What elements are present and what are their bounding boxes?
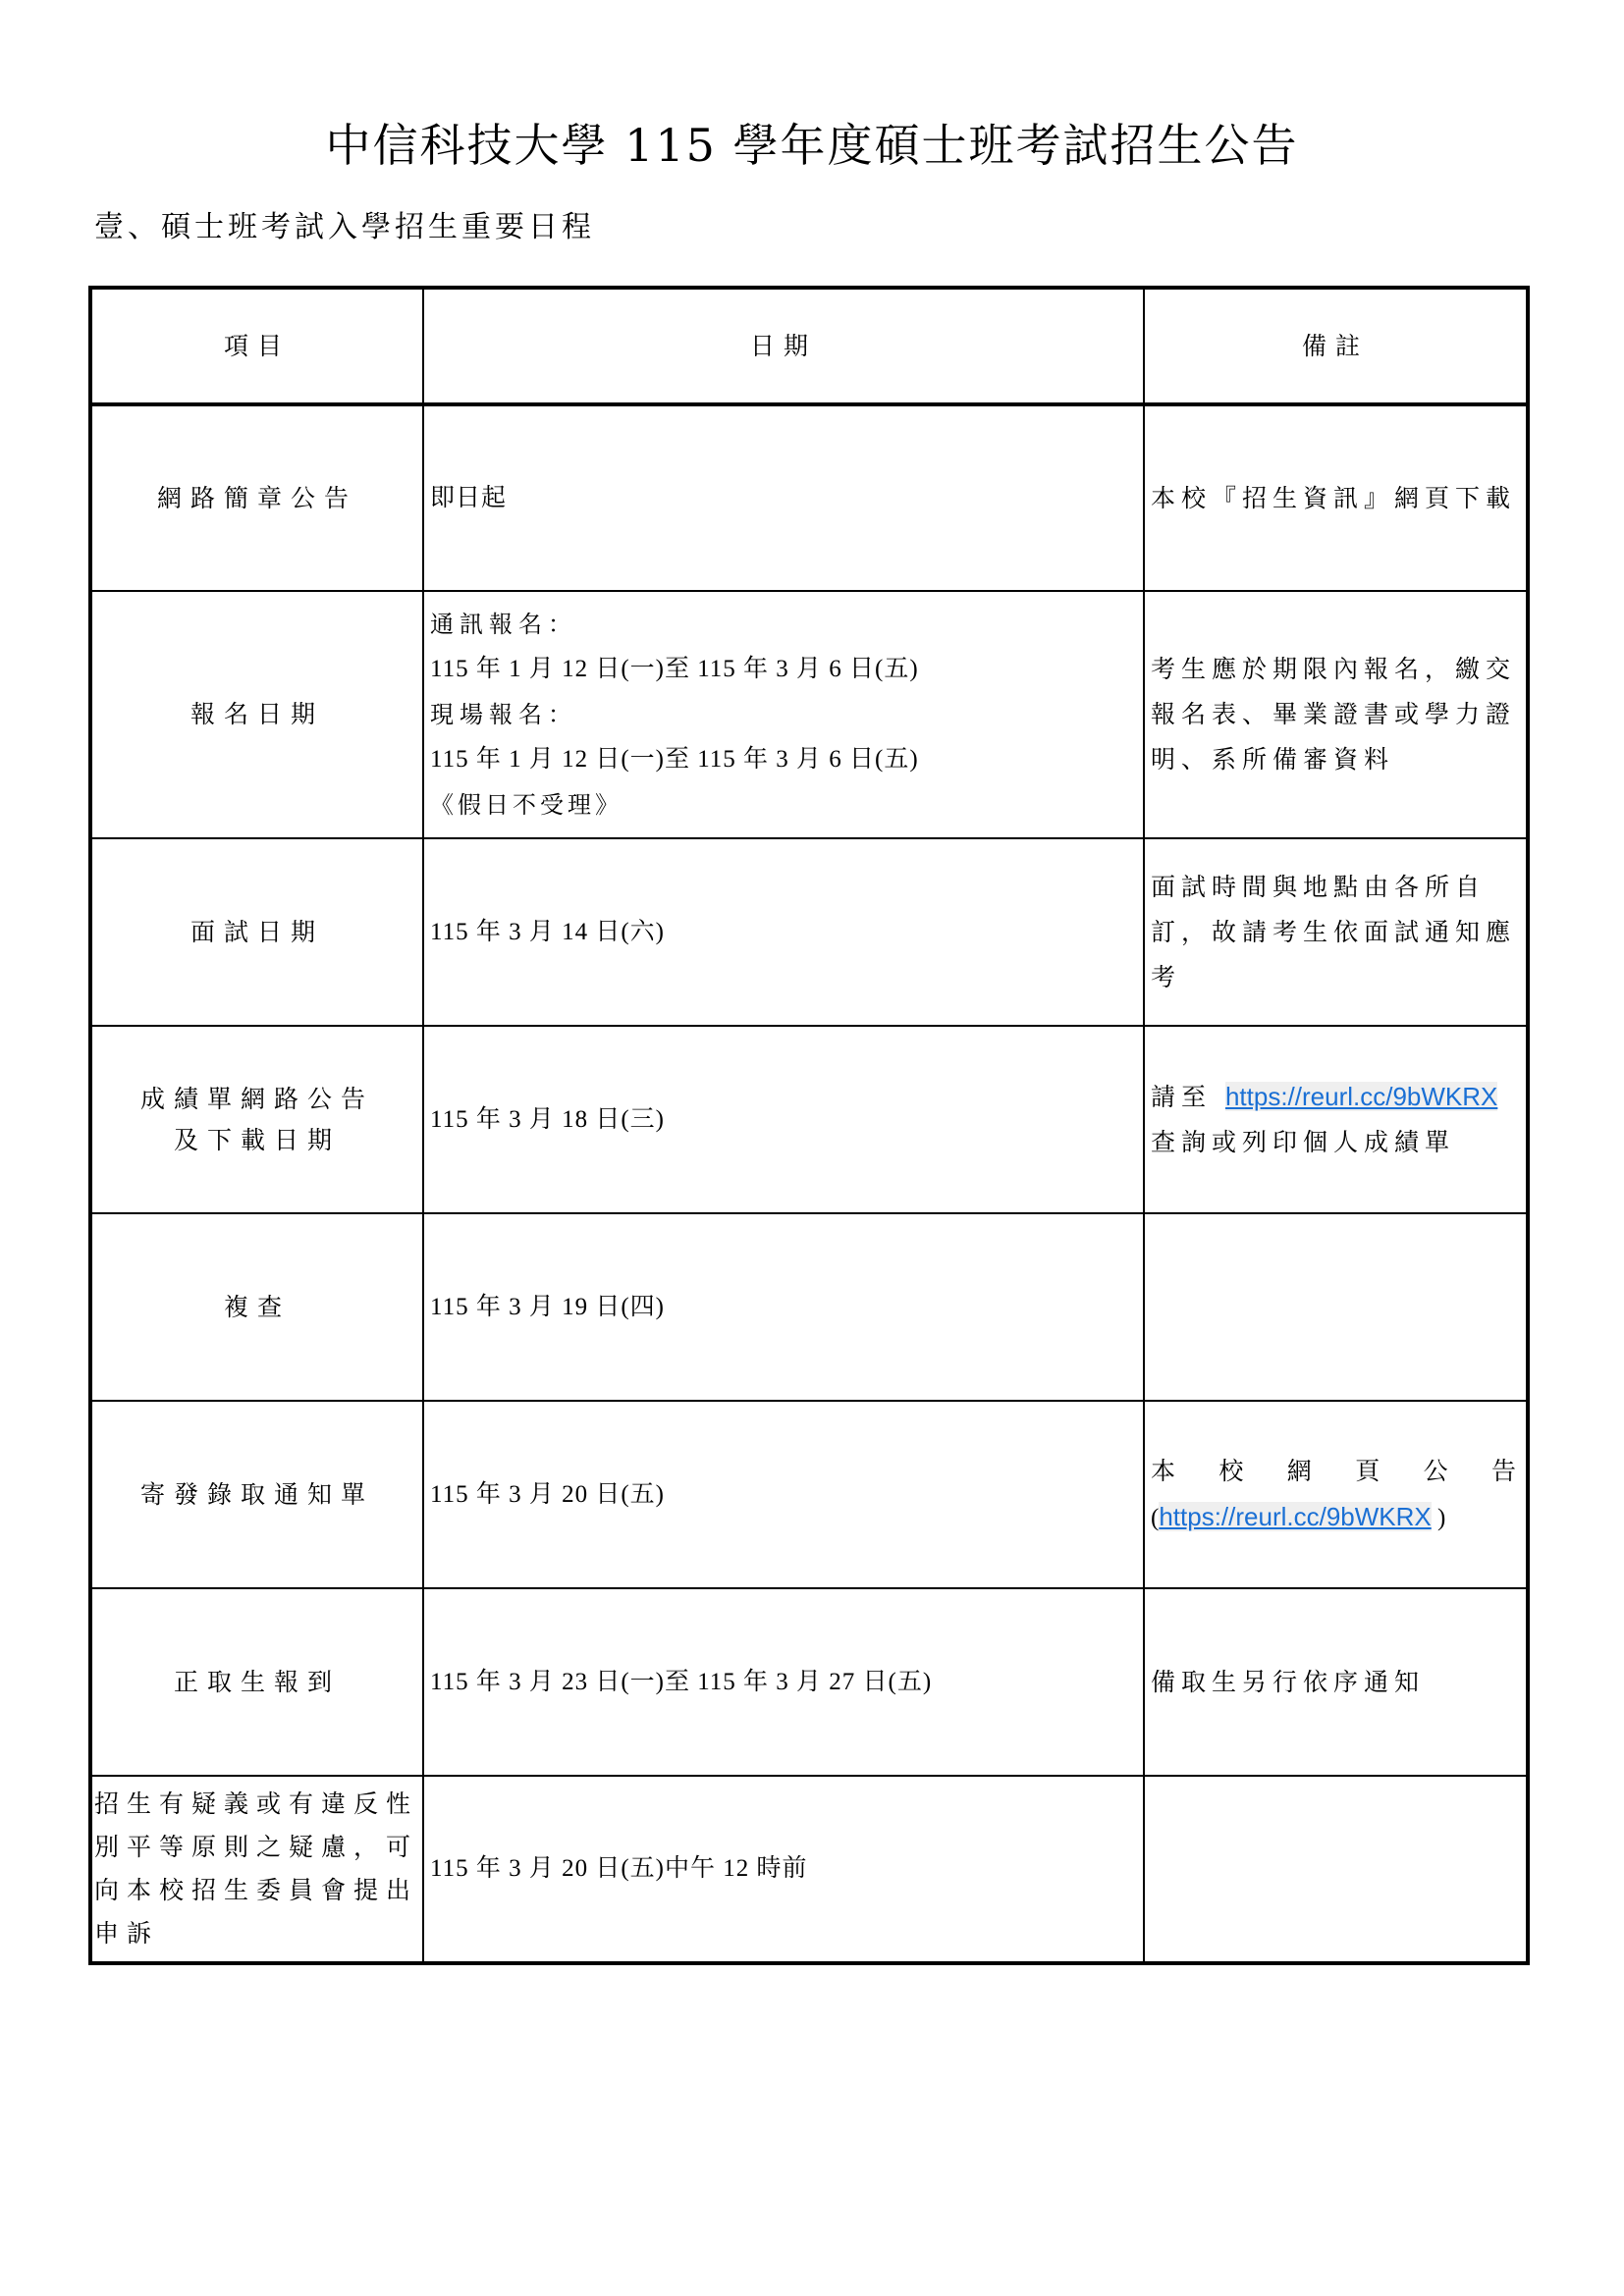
table-row: 複查 115 年 3 月 19 日(四): [90, 1213, 1528, 1401]
row-item: 成績單網路公告 及下載日期: [90, 1026, 423, 1213]
date-line: 115 年 1 月 12 日(一)至 115 年 3 月 6 日(五): [430, 737, 1143, 782]
schedule-table: 項目 日期 備註 網路簡章公告 即日起 本校『招生資訊』網頁下載 報名日期 通訊…: [88, 286, 1530, 1965]
row-item: 網路簡章公告: [90, 404, 423, 591]
row-note: 本校『招生資訊』網頁下載: [1144, 404, 1528, 591]
date-line: 115 年 3 月 20 日(五)中午 12 時前: [430, 1846, 1143, 1892]
row-date: 即日起: [423, 404, 1144, 591]
row-note: 本校網頁公告 (https://reurl.cc/9bWKRX ): [1144, 1401, 1528, 1588]
note-prefix: 請至: [1151, 1083, 1225, 1111]
table-row: 招生有疑義或有違反性別平等原則之疑慮，可向本校招生委員會提出申訴 115 年 3…: [90, 1776, 1528, 1963]
date-line: 115 年 3 月 18 日(三): [430, 1097, 1143, 1143]
table-header-row: 項目 日期 備註: [90, 288, 1528, 404]
table-row: 面試日期 115 年 3 月 14 日(六) 面試時間與地點由各所自訂，故請考生…: [90, 838, 1528, 1026]
row-item: 招生有疑義或有違反性別平等原則之疑慮，可向本校招生委員會提出申訴: [90, 1776, 423, 1963]
date-line: 通訊報名：: [430, 602, 1143, 647]
row-date: 115 年 3 月 20 日(五): [423, 1401, 1144, 1588]
row-item-line: 及下載日期: [96, 1120, 418, 1161]
table-row: 正取生報到 115 年 3 月 23 日(一)至 115 年 3 月 27 日(…: [90, 1588, 1528, 1776]
row-item: 面試日期: [90, 838, 423, 1026]
score-query-link[interactable]: https://reurl.cc/9bWKRX: [1225, 1082, 1497, 1111]
row-date: 115 年 3 月 23 日(一)至 115 年 3 月 27 日(五): [423, 1588, 1144, 1776]
header-item: 項目: [90, 288, 423, 404]
header-date: 日期: [423, 288, 1144, 404]
admission-notice-link[interactable]: https://reurl.cc/9bWKRX: [1159, 1502, 1431, 1531]
date-line: 115 年 1 月 12 日(一)至 115 年 3 月 6 日(五): [430, 647, 1143, 692]
row-date: 115 年 3 月 18 日(三): [423, 1026, 1144, 1213]
table-row: 網路簡章公告 即日起 本校『招生資訊』網頁下載: [90, 404, 1528, 591]
note-close-paren: ): [1432, 1505, 1446, 1531]
page-title: 中信科技大學 115 學年度碩士班考試招生公告: [0, 116, 1624, 175]
row-note: 請至 https://reurl.cc/9bWKRX 查詢或列印個人成績單: [1144, 1026, 1528, 1213]
date-line: 115 年 3 月 20 日(五): [430, 1472, 1143, 1518]
row-note: 考生應於期限內報名，繳交報名表、畢業證書或學力證明、系所備審資料: [1144, 591, 1528, 838]
row-item: 報名日期: [90, 591, 423, 838]
row-date: 115 年 3 月 20 日(五)中午 12 時前: [423, 1776, 1144, 1963]
date-line: 現場報名：: [430, 692, 1143, 737]
row-item: 複查: [90, 1213, 423, 1401]
date-line: 即日起: [430, 476, 1143, 521]
row-item: 寄發錄取通知單: [90, 1401, 423, 1588]
row-date: 通訊報名： 115 年 1 月 12 日(一)至 115 年 3 月 6 日(五…: [423, 591, 1144, 838]
row-note: [1144, 1213, 1528, 1401]
section-heading: 壹、碩士班考試入學招生重要日程: [94, 206, 595, 249]
row-item: 正取生報到: [90, 1588, 423, 1776]
row-note: 面試時間與地點由各所自訂，故請考生依面試通知應考: [1144, 838, 1528, 1026]
row-note: 備取生另行依序通知: [1144, 1588, 1528, 1776]
table-row: 成績單網路公告 及下載日期 115 年 3 月 18 日(三) 請至 https…: [90, 1026, 1528, 1213]
date-line: 115 年 3 月 23 日(一)至 115 年 3 月 27 日(五): [430, 1660, 1143, 1705]
note-prefix: 本校網頁公告: [1151, 1449, 1522, 1494]
date-line: 《假日不受理》: [430, 782, 1143, 828]
row-note: [1144, 1776, 1528, 1963]
row-date: 115 年 3 月 19 日(四): [423, 1213, 1144, 1401]
header-note: 備註: [1144, 288, 1528, 404]
date-line: 115 年 3 月 19 日(四): [430, 1285, 1143, 1330]
table-row: 寄發錄取通知單 115 年 3 月 20 日(五) 本校網頁公告 (https:…: [90, 1401, 1528, 1588]
date-line: 115 年 3 月 14 日(六): [430, 910, 1143, 955]
note-suffix: 查詢或列印個人成績單: [1151, 1128, 1455, 1156]
table-row: 報名日期 通訊報名： 115 年 1 月 12 日(一)至 115 年 3 月 …: [90, 591, 1528, 838]
row-item-line: 成績單網路公告: [96, 1079, 418, 1120]
row-date: 115 年 3 月 14 日(六): [423, 838, 1144, 1026]
